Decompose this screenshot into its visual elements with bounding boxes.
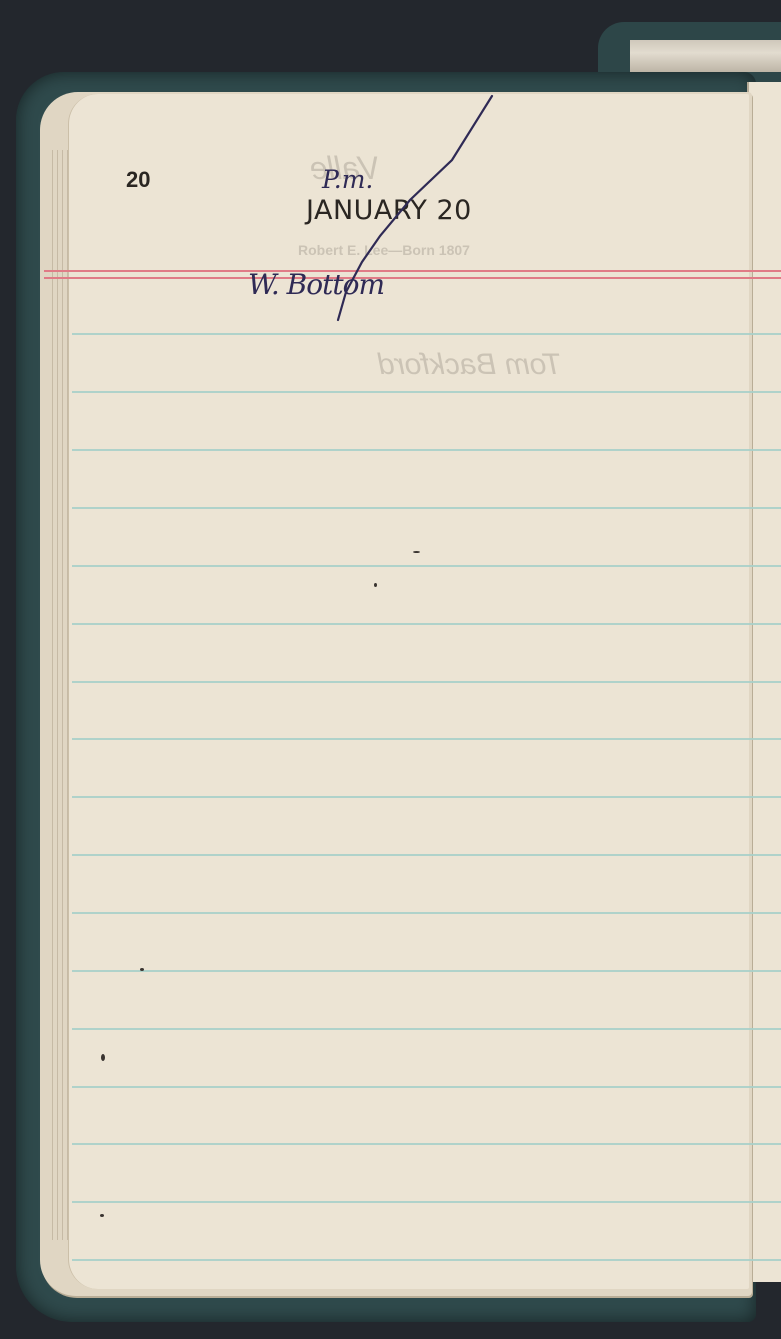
ink-slash-stroke — [0, 0, 781, 1339]
ink-speck — [413, 551, 420, 553]
ink-speck — [100, 1214, 104, 1217]
ink-speck — [140, 968, 144, 971]
ink-speck — [101, 1054, 105, 1061]
ink-speck — [374, 583, 377, 587]
